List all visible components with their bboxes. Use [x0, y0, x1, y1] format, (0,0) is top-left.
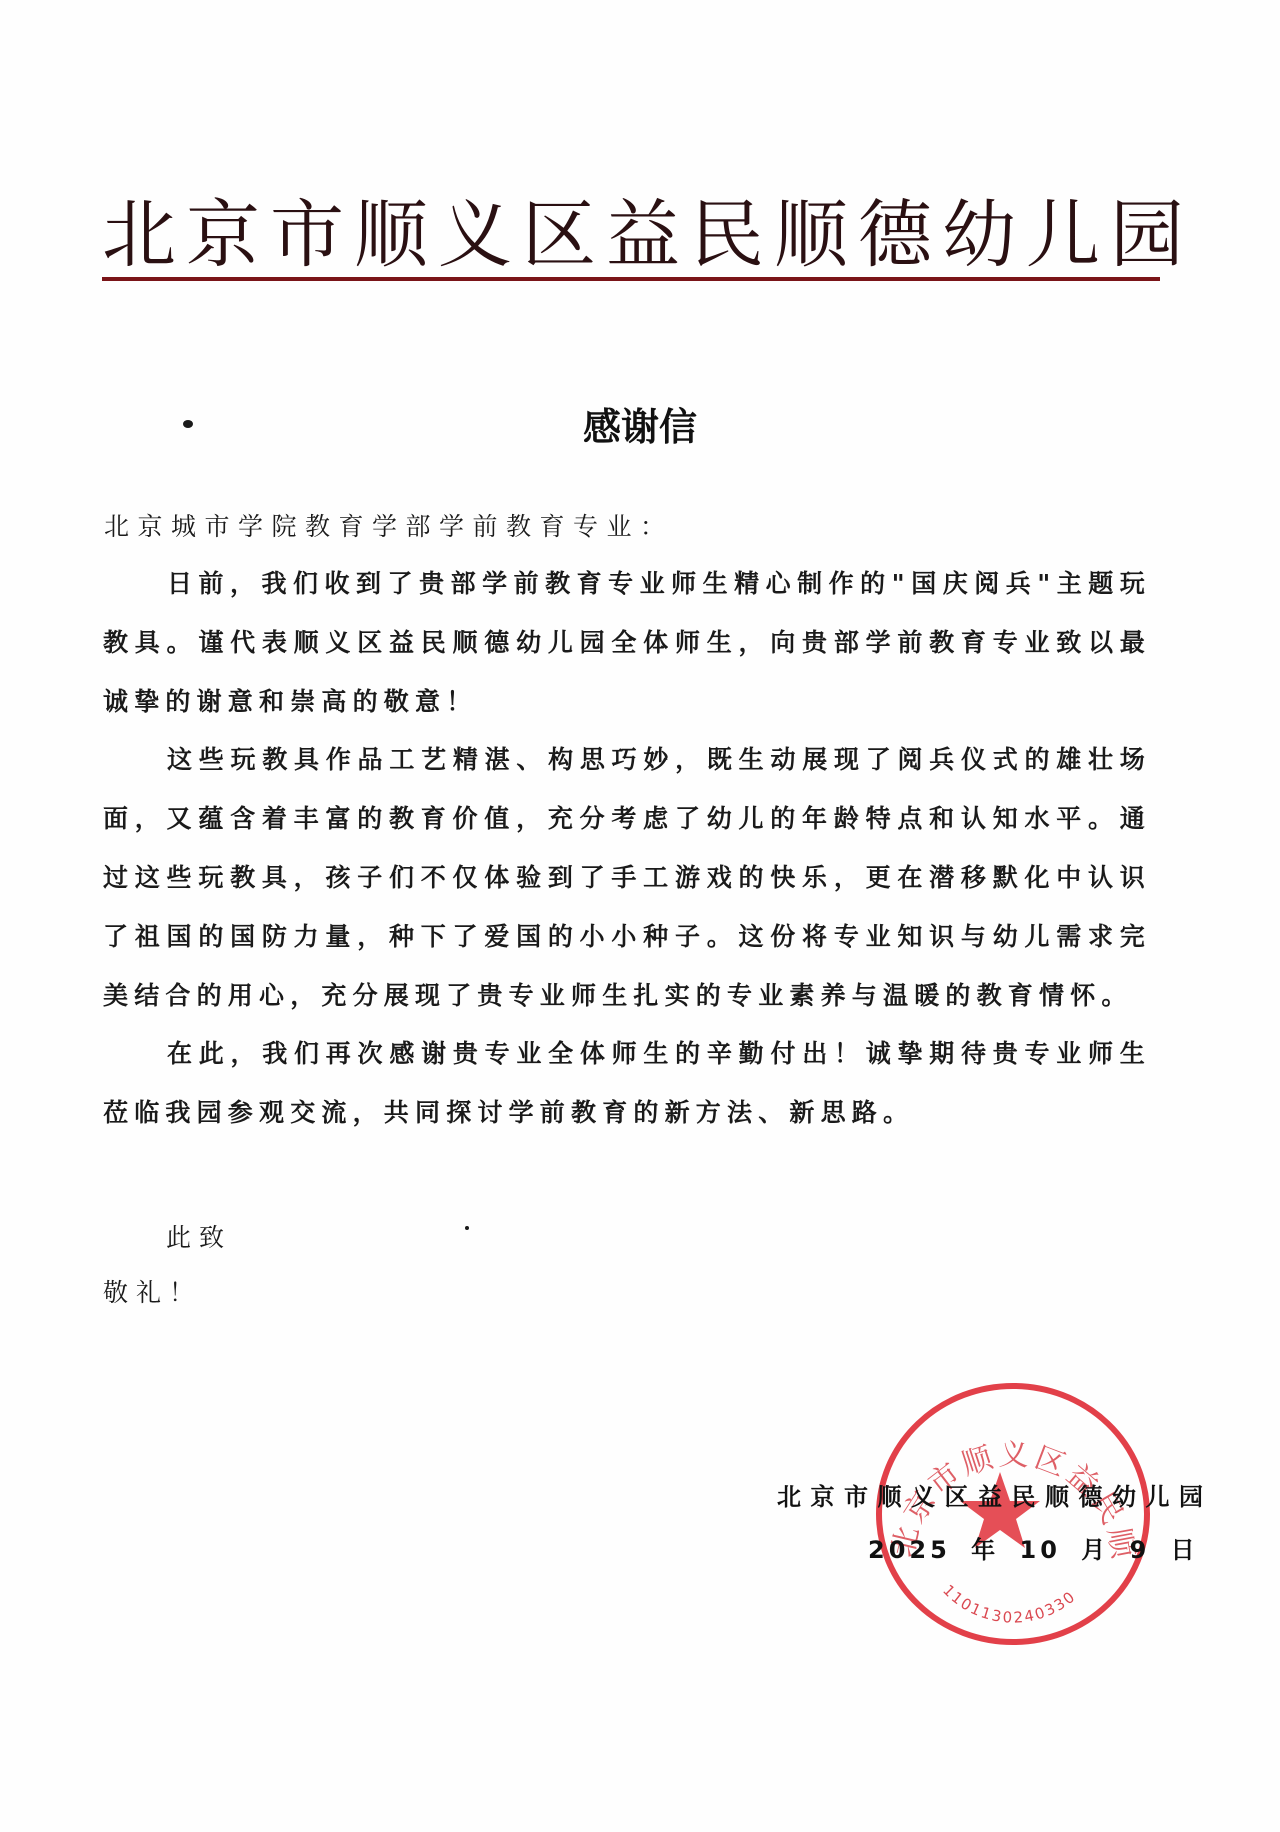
- letterhead: 北京市顺义区益民顺德幼儿园: [100, 190, 1160, 285]
- salutation: 北京城市学院教育学部学前教育专业：: [104, 510, 674, 544]
- signature-organization: 北京市顺义区益民顺德幼儿园: [777, 1480, 1213, 1514]
- official-seal: 北京市顺义区益民顺德幼儿园 1101130240330: [873, 1380, 1153, 1650]
- seal-code: 1101130240330: [939, 1581, 1079, 1627]
- paragraph-text: 日前，我们收到了贵部学前教育专业师生精心制作的"国庆阅兵"主题玩教具。谨代表顺义…: [103, 554, 1151, 731]
- paragraph-text: 这些玩教具作品工艺精湛、构思巧妙，既生动展现了阅兵仪式的雄壮场面，又蕴含着丰富的…: [103, 730, 1151, 1025]
- letterhead-organization: 北京市顺义区益民顺德幼儿园: [102, 190, 1194, 280]
- closing-line-1: 此致: [166, 1221, 232, 1255]
- svg-text:1101130240330: 1101130240330: [939, 1581, 1079, 1627]
- body-paragraph-3: 在此，我们再次感谢贵专业全体师生的辛勤付出！诚挚期待贵专业师生莅临我园参观交流，…: [103, 1024, 1151, 1142]
- document-title: 感谢信: [0, 404, 1280, 450]
- document-title-text: 感谢信: [583, 405, 697, 449]
- body-paragraph-1: 日前，我们收到了贵部学前教育专业师生精心制作的"国庆阅兵"主题玩教具。谨代表顺义…: [103, 554, 1151, 731]
- letterhead-rule: [102, 277, 1160, 281]
- signature-date: 2025 年 10 月 9 日: [868, 1533, 1199, 1567]
- letter-page: 北京市顺义区益民顺德幼儿园 感谢信 北京城市学院教育学部学前教育专业： 日前，我…: [0, 0, 1280, 1832]
- stray-dot-mark: [465, 1226, 469, 1230]
- closing-line-2: 敬礼！: [103, 1276, 202, 1310]
- body-paragraph-2: 这些玩教具作品工艺精湛、构思巧妙，既生动展现了阅兵仪式的雄壮场面，又蕴含着丰富的…: [103, 730, 1151, 1025]
- paragraph-text: 在此，我们再次感谢贵专业全体师生的辛勤付出！诚挚期待贵专业师生莅临我园参观交流，…: [103, 1024, 1151, 1142]
